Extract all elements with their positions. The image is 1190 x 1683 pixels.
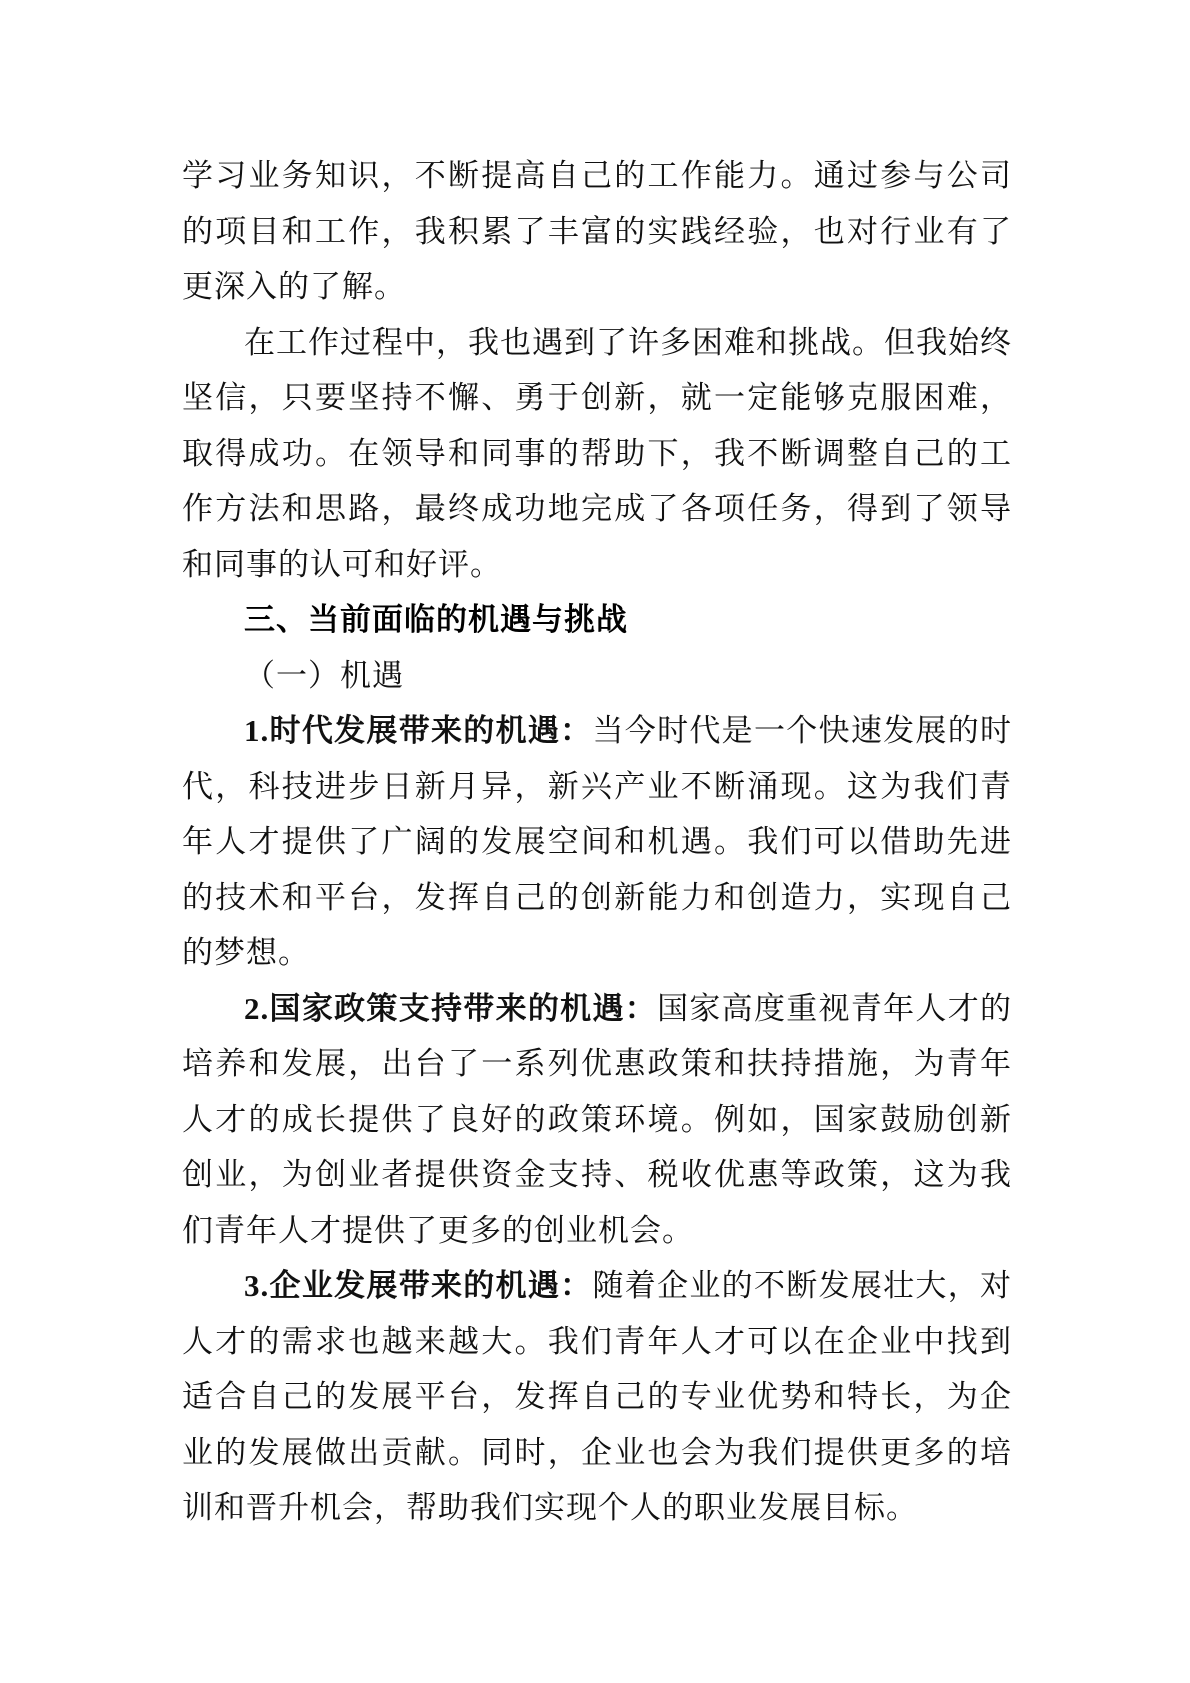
item-2-body: 国家高度重视青年人才的培养和发展，出台了一系列优惠政策和扶持措施，为青年人才的成… — [182, 991, 1012, 1248]
numbered-item-1: 1.时代发展带来的机遇：当今时代是一个快速发展的时代，科技进步日新月异，新兴产业… — [182, 703, 1012, 981]
subsection-heading: （一）机遇 — [182, 648, 1012, 704]
numbered-item-3: 3.企业发展带来的机遇：随着企业的不断发展壮大，对人才的需求也越来越大。我们青年… — [182, 1258, 1012, 1536]
item-3-lead: 3.企业发展带来的机遇： — [244, 1268, 592, 1303]
numbered-item-2: 2.国家政策支持带来的机遇：国家高度重视青年人才的培养和发展，出台了一系列优惠政… — [182, 981, 1012, 1259]
item-3-body: 随着企业的不断发展壮大，对人才的需求也越来越大。我们青年人才可以在企业中找到适合… — [182, 1268, 1012, 1525]
item-1-lead: 1.时代发展带来的机遇： — [244, 713, 592, 748]
item-1-body: 当今时代是一个快速发展的时代，科技进步日新月异，新兴产业不断涌现。这为我们青年人… — [182, 713, 1012, 970]
paragraph-continuation: 学习业务知识，不断提高自己的工作能力。通过参与公司的项目和工作，我积累了丰富的实… — [182, 148, 1012, 315]
document-page: 学习业务知识，不断提高自己的工作能力。通过参与公司的项目和工作，我积累了丰富的实… — [0, 0, 1190, 1683]
section-heading: 三、当前面临的机遇与挑战 — [182, 592, 1012, 648]
paragraph-work-challenges: 在工作过程中，我也遇到了许多困难和挑战。但我始终坚信，只要坚持不懈、勇于创新，就… — [182, 315, 1012, 593]
item-2-lead: 2.国家政策支持带来的机遇： — [244, 991, 657, 1026]
